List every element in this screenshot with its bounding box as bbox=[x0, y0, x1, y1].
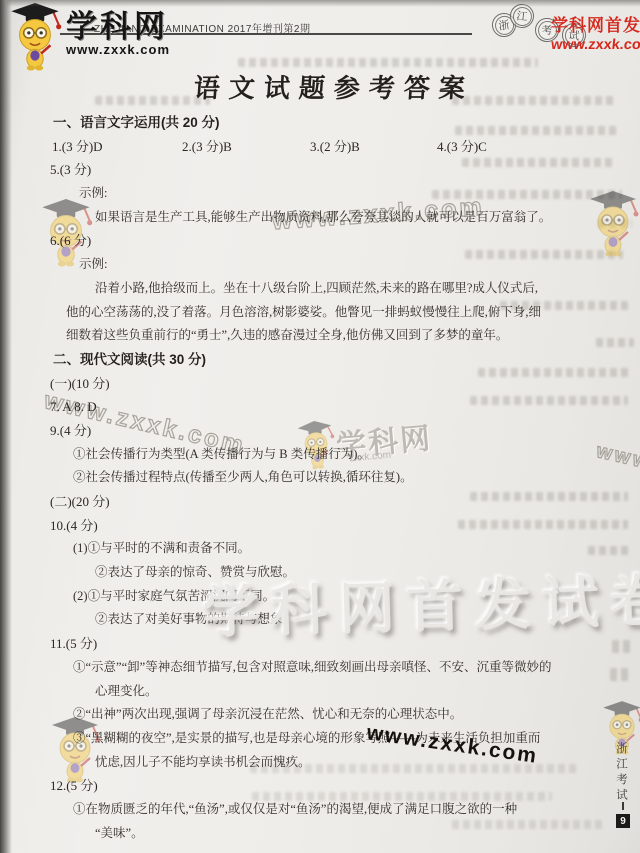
page-number-badge: 9 bbox=[616, 814, 630, 828]
answer-line: (1)①与平时的不满和责备不同。 bbox=[0, 537, 640, 561]
logo-site-name: 学科网 bbox=[66, 12, 170, 42]
answer-item: 4.(3 分)C bbox=[437, 135, 487, 159]
page-title: 语文试题参考答案 bbox=[0, 68, 640, 105]
answer-item: 8. D bbox=[74, 399, 96, 414]
answer-line: 12.(5 分) bbox=[0, 774, 640, 798]
section-heading: 一、语言文字运用(共 20 分) bbox=[0, 111, 640, 135]
seal-char: 浙 bbox=[497, 16, 510, 33]
answer-line: 沿着小路,他拾级而上。坐在十八级台阶上,四顾茫然,未来的路在哪里?成人仪式后, bbox=[0, 277, 640, 301]
answer-line: 示例: bbox=[0, 182, 640, 206]
answer-line: 示例: bbox=[0, 253, 640, 277]
answer-line: 心理变化。 bbox=[0, 680, 640, 704]
answer-line: 他的心空荡荡的,没了着落。月色溶溶,树影婆娑。他瞥见一排蚂蚁慢慢往上爬,俯下身,… bbox=[0, 301, 640, 325]
answer-body: 一、语言文字运用(共 20 分) 1.(3 分)D 2.(3 分)B 3.(2 … bbox=[0, 111, 640, 845]
side-dash bbox=[622, 802, 624, 810]
zxxk-mascot-icon bbox=[6, 2, 64, 72]
logo-site-url: www.zxxk.com bbox=[66, 42, 170, 57]
answer-item: 3.(2 分)B bbox=[310, 135, 360, 159]
bleed-through-smudge bbox=[238, 58, 538, 67]
answer-item: 2.(3 分)B bbox=[182, 135, 232, 159]
scanned-answer-page: ZHEJIANG EXAMINATION 2017年增刊第2期 学科网 www.… bbox=[0, 0, 640, 853]
answer-line: “美味”。 bbox=[0, 822, 640, 846]
answer-line: ②社会传播过程特点(传播至少两人,角色可以转换,循环往复)。 bbox=[0, 466, 640, 490]
answer-line: 5.(3 分) bbox=[0, 158, 640, 182]
zxxk-logo: 学科网 www.zxxk.com bbox=[6, 2, 170, 72]
answer-line: 6.(6 分) bbox=[0, 229, 640, 253]
answer-line: ①在物质匮乏的年代,“鱼汤”,或仅仅是对“鱼汤”的渴望,便成了满足口腹之欲的一种 bbox=[0, 798, 640, 822]
answer-line: ①社会传播行为类型(A 类传播行为与 B 类传播行为)。 bbox=[0, 443, 640, 467]
promo-url: www.zxxk.com bbox=[550, 37, 640, 53]
answer-line: (二)(20 分) bbox=[0, 490, 640, 514]
answer-line: ①“示意”“卸”等神态细节描写,包含对照意味,细致刻画出母亲嗔怪、不安、沉重等微… bbox=[0, 656, 640, 680]
seal-char: 江 bbox=[516, 7, 529, 24]
answer-line: 10.(4 分) bbox=[0, 514, 640, 538]
answer-line: 细数着这些负重前行的“勇士”,久违的感奋漫过全身,他仿佛又回到了多梦的童年。 bbox=[0, 324, 640, 348]
promo-banner: 学科网首发 www.zxxk.com bbox=[551, 11, 640, 54]
promo-title: 学科网首发 bbox=[551, 11, 640, 36]
side-journal-label: 浙江考试 bbox=[613, 742, 629, 804]
answer-item: 1.(3 分)D bbox=[52, 135, 103, 159]
answer-item: 7. A bbox=[50, 399, 71, 414]
answer-line: ③“黑糊糊的夜空”,是实景的描写,也是母亲心境的形象写照——为未来生活负担加重而 bbox=[0, 727, 640, 751]
answer-line: ②“出神”两次出现,强调了母亲沉浸在茫然、忧心和无奈的心理状态中。 bbox=[0, 703, 640, 727]
answer-line: 如果语言是生产工具,能够生产出物质资料,那么夸夸其谈的人就可以是百万富翁了。 bbox=[0, 206, 640, 230]
answer-line: 忧虑,因儿子不能均享读书机会而愧疚。 bbox=[0, 751, 640, 775]
answer-line: 9.(4 分) bbox=[0, 419, 640, 443]
scan-top-edge bbox=[0, 0, 640, 7]
answer-line: (一)(10 分) bbox=[0, 372, 640, 396]
scan-left-edge bbox=[0, 0, 12, 853]
watermark-embossed-banner: 学科网首发试卷 bbox=[202, 557, 640, 649]
answer-row: 7. A 8. D bbox=[0, 395, 640, 419]
answer-row: 1.(3 分)D 2.(3 分)B 3.(2 分)B 4.(3 分)C bbox=[0, 135, 640, 159]
section-heading: 二、现代文阅读(共 30 分) bbox=[0, 348, 640, 372]
